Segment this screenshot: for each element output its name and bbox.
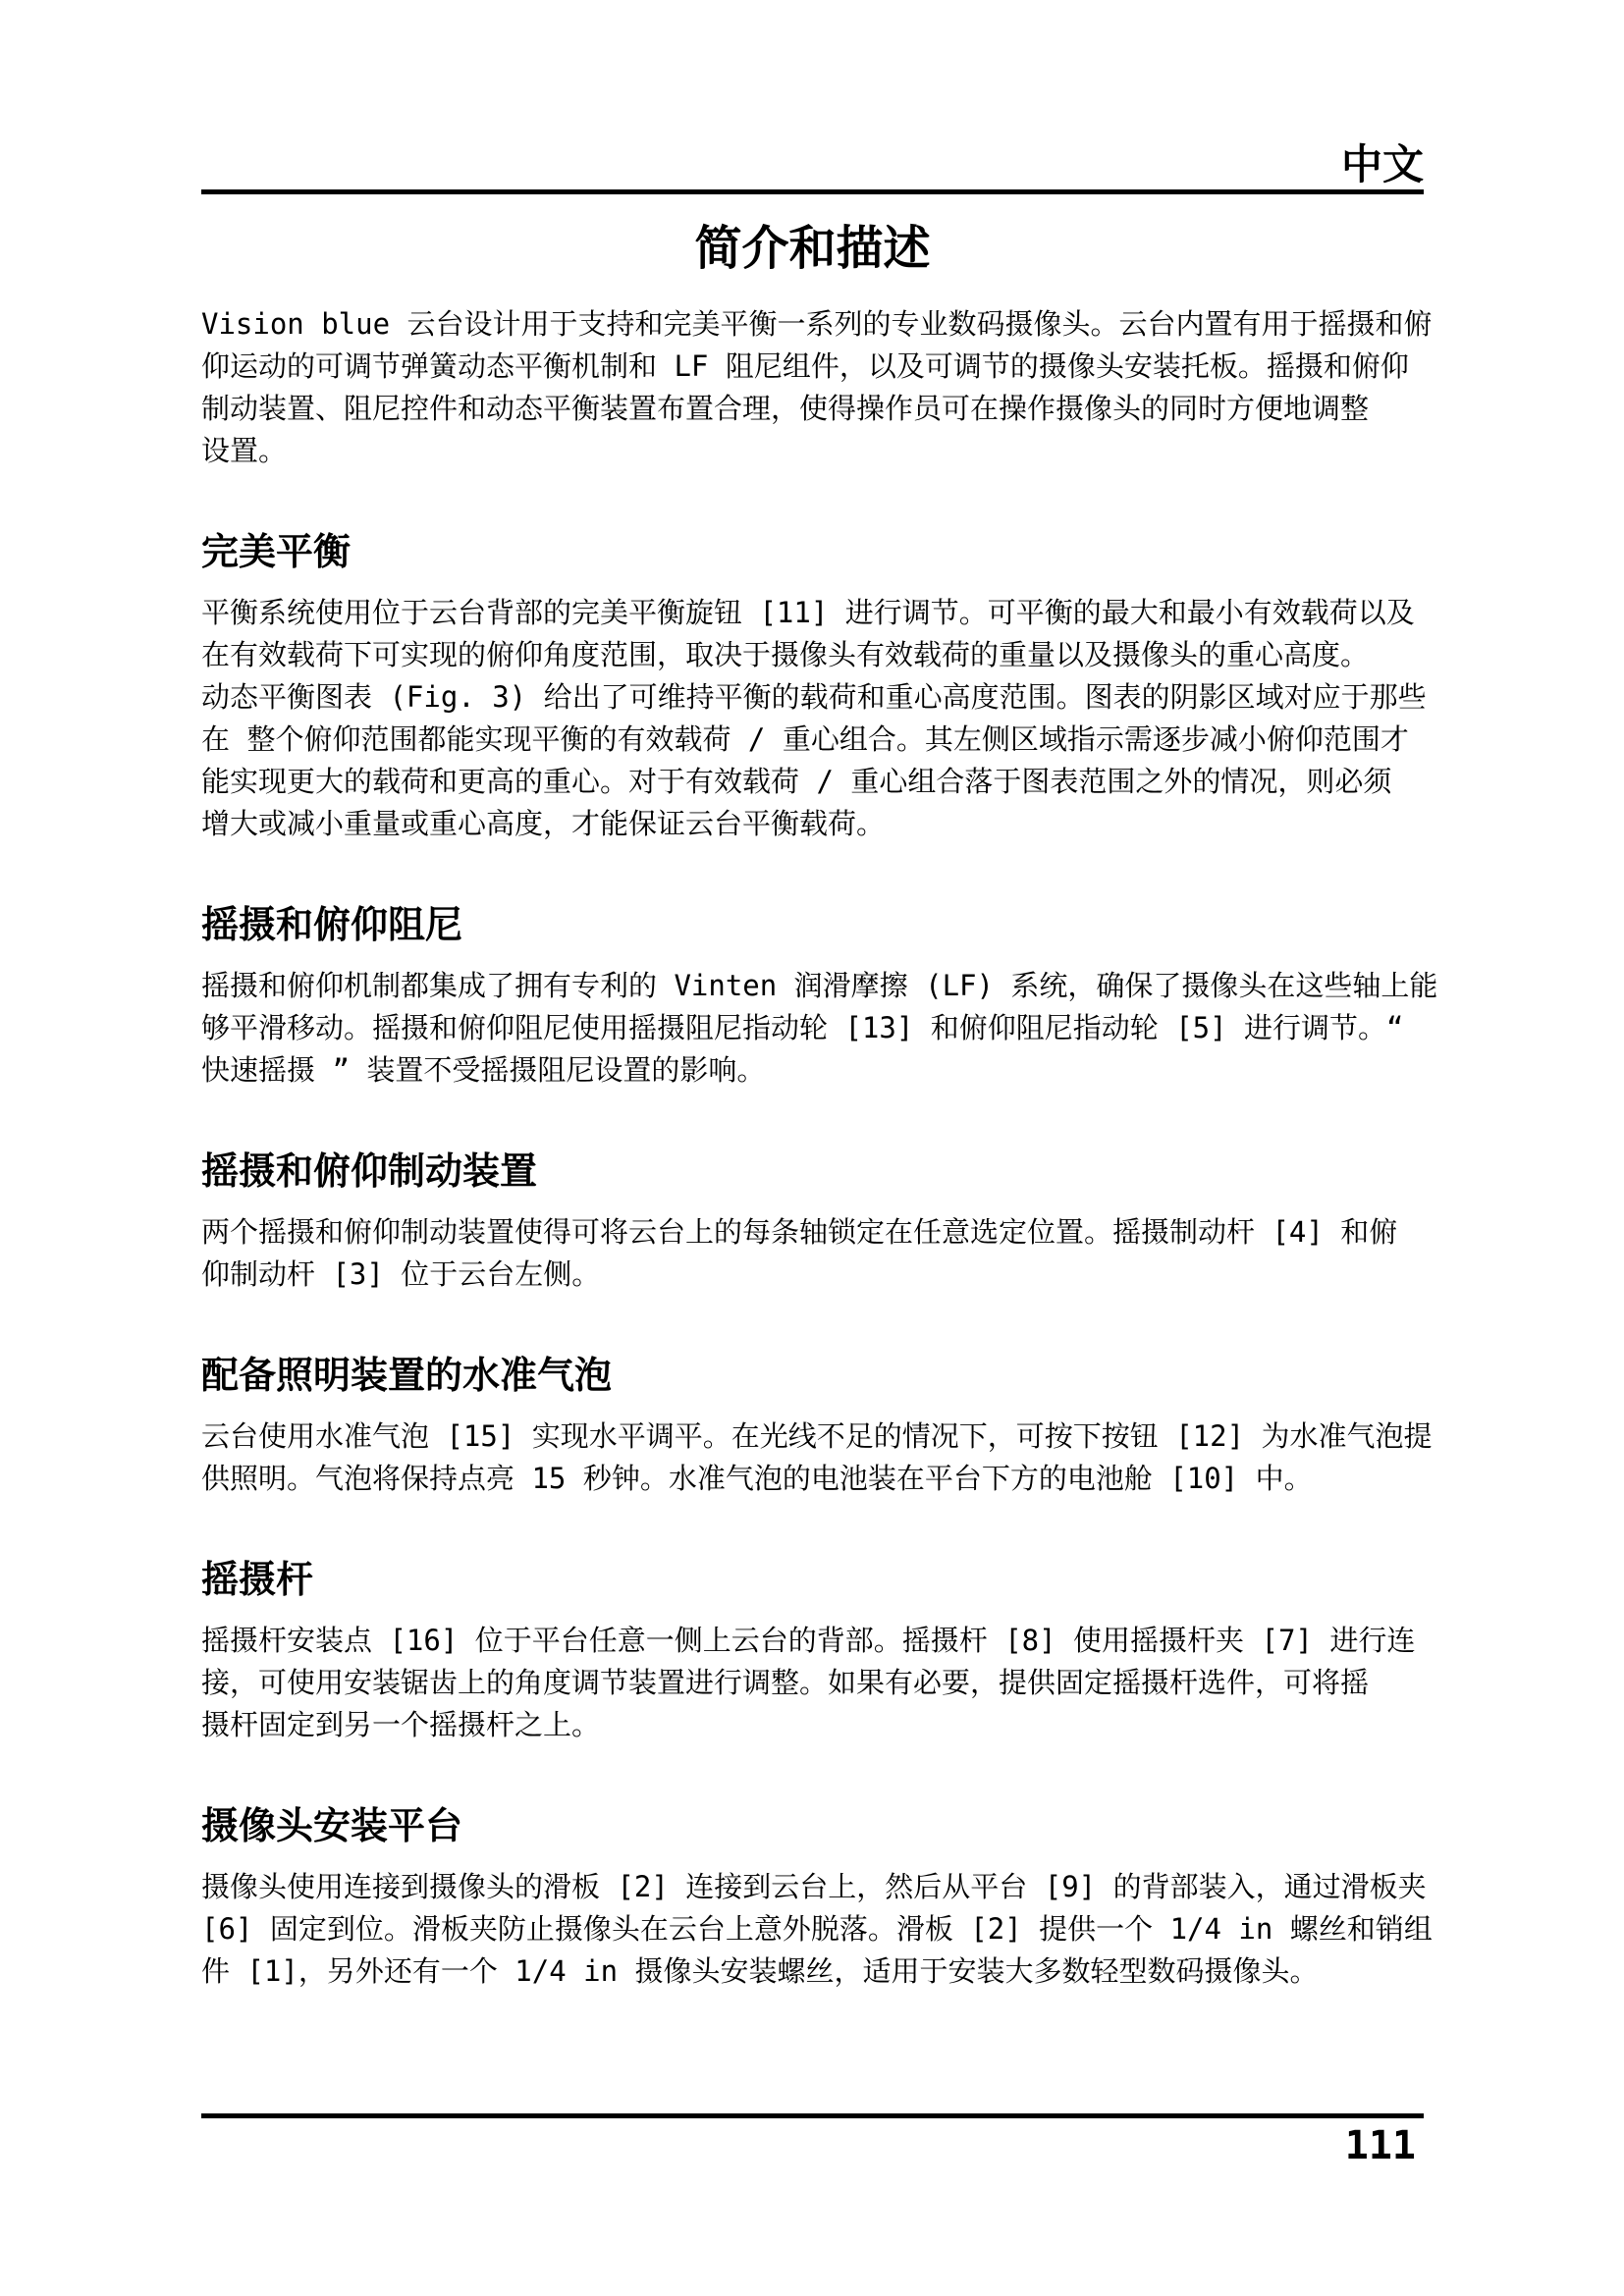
section-heading: 摇摄和俯仰制动装置 bbox=[201, 1148, 1424, 1195]
page-number: 111 bbox=[201, 2122, 1424, 2169]
section-heading: 摄像头安装平台 bbox=[201, 1802, 1424, 1849]
language-label: 中文 bbox=[1341, 140, 1424, 188]
section-paragraph: 摄像头使用连接到摄像头的滑板 [2] 连接到云台上，然后从平台 [9] 的背部装… bbox=[201, 1866, 1424, 1993]
page-header: 中文 bbox=[201, 0, 1424, 194]
section-camera-mounting-platform: 摄像头安装平台 摄像头使用连接到摄像头的滑板 [2] 连接到云台上，然后从平台 … bbox=[201, 1802, 1424, 1993]
intro-paragraph: Vision blue 云台设计用于支持和完美平衡一系列的专业数码摄像头。云台内… bbox=[201, 303, 1424, 472]
section-heading: 配备照明装置的水准气泡 bbox=[201, 1352, 1424, 1399]
page-footer: 111 bbox=[201, 2113, 1424, 2169]
section-paragraph: 摇摄杆安装点 [16] 位于平台任意一侧上云台的背部。摇摄杆 [8] 使用摇摄杆… bbox=[201, 1620, 1424, 1746]
section-heading: 摇摄和俯仰阻尼 bbox=[201, 901, 1424, 948]
section-illuminated-level-bubble: 配备照明装置的水准气泡 云台使用水准气泡 [15] 实现水平调平。在光线不足的情… bbox=[201, 1352, 1424, 1500]
section-paragraph: 云台使用水准气泡 [15] 实现水平调平。在光线不足的情况下，可按下按钮 [12… bbox=[201, 1415, 1424, 1500]
section-heading: 完美平衡 bbox=[201, 528, 1424, 575]
section-paragraph: 两个摇摄和俯仰制动装置使得可将云台上的每条轴锁定在任意选定位置。摇摄制动杆 [4… bbox=[201, 1211, 1424, 1296]
section-heading: 摇摄杆 bbox=[201, 1556, 1424, 1603]
section-paragraph: 摇摄和俯仰机制都集成了拥有专利的 Vinten 润滑摩擦 (LF) 系统，确保了… bbox=[201, 965, 1424, 1092]
section-perfect-balance: 完美平衡 平衡系统使用位于云台背部的完美平衡旋钮 [11] 进行调节。可平衡的最… bbox=[201, 528, 1424, 845]
section-paragraph: 平衡系统使用位于云台背部的完美平衡旋钮 [11] 进行调节。可平衡的最大和最小有… bbox=[201, 592, 1424, 845]
section-pan-tilt-brakes: 摇摄和俯仰制动装置 两个摇摄和俯仰制动装置使得可将云台上的每条轴锁定在任意选定位… bbox=[201, 1148, 1424, 1296]
document-page: { "page": { "language_label": "中文", "tit… bbox=[0, 0, 1624, 2296]
page-title: 简介和描述 bbox=[201, 219, 1424, 278]
page-content: 中文 简介和描述 Vision blue 云台设计用于支持和完美平衡一系列的专业… bbox=[201, 0, 1424, 1993]
section-pan-bar: 摇摄杆 摇摄杆安装点 [16] 位于平台任意一侧上云台的背部。摇摄杆 [8] 使… bbox=[201, 1556, 1424, 1746]
section-pan-tilt-drag: 摇摄和俯仰阻尼 摇摄和俯仰机制都集成了拥有专利的 Vinten 润滑摩擦 (LF… bbox=[201, 901, 1424, 1092]
